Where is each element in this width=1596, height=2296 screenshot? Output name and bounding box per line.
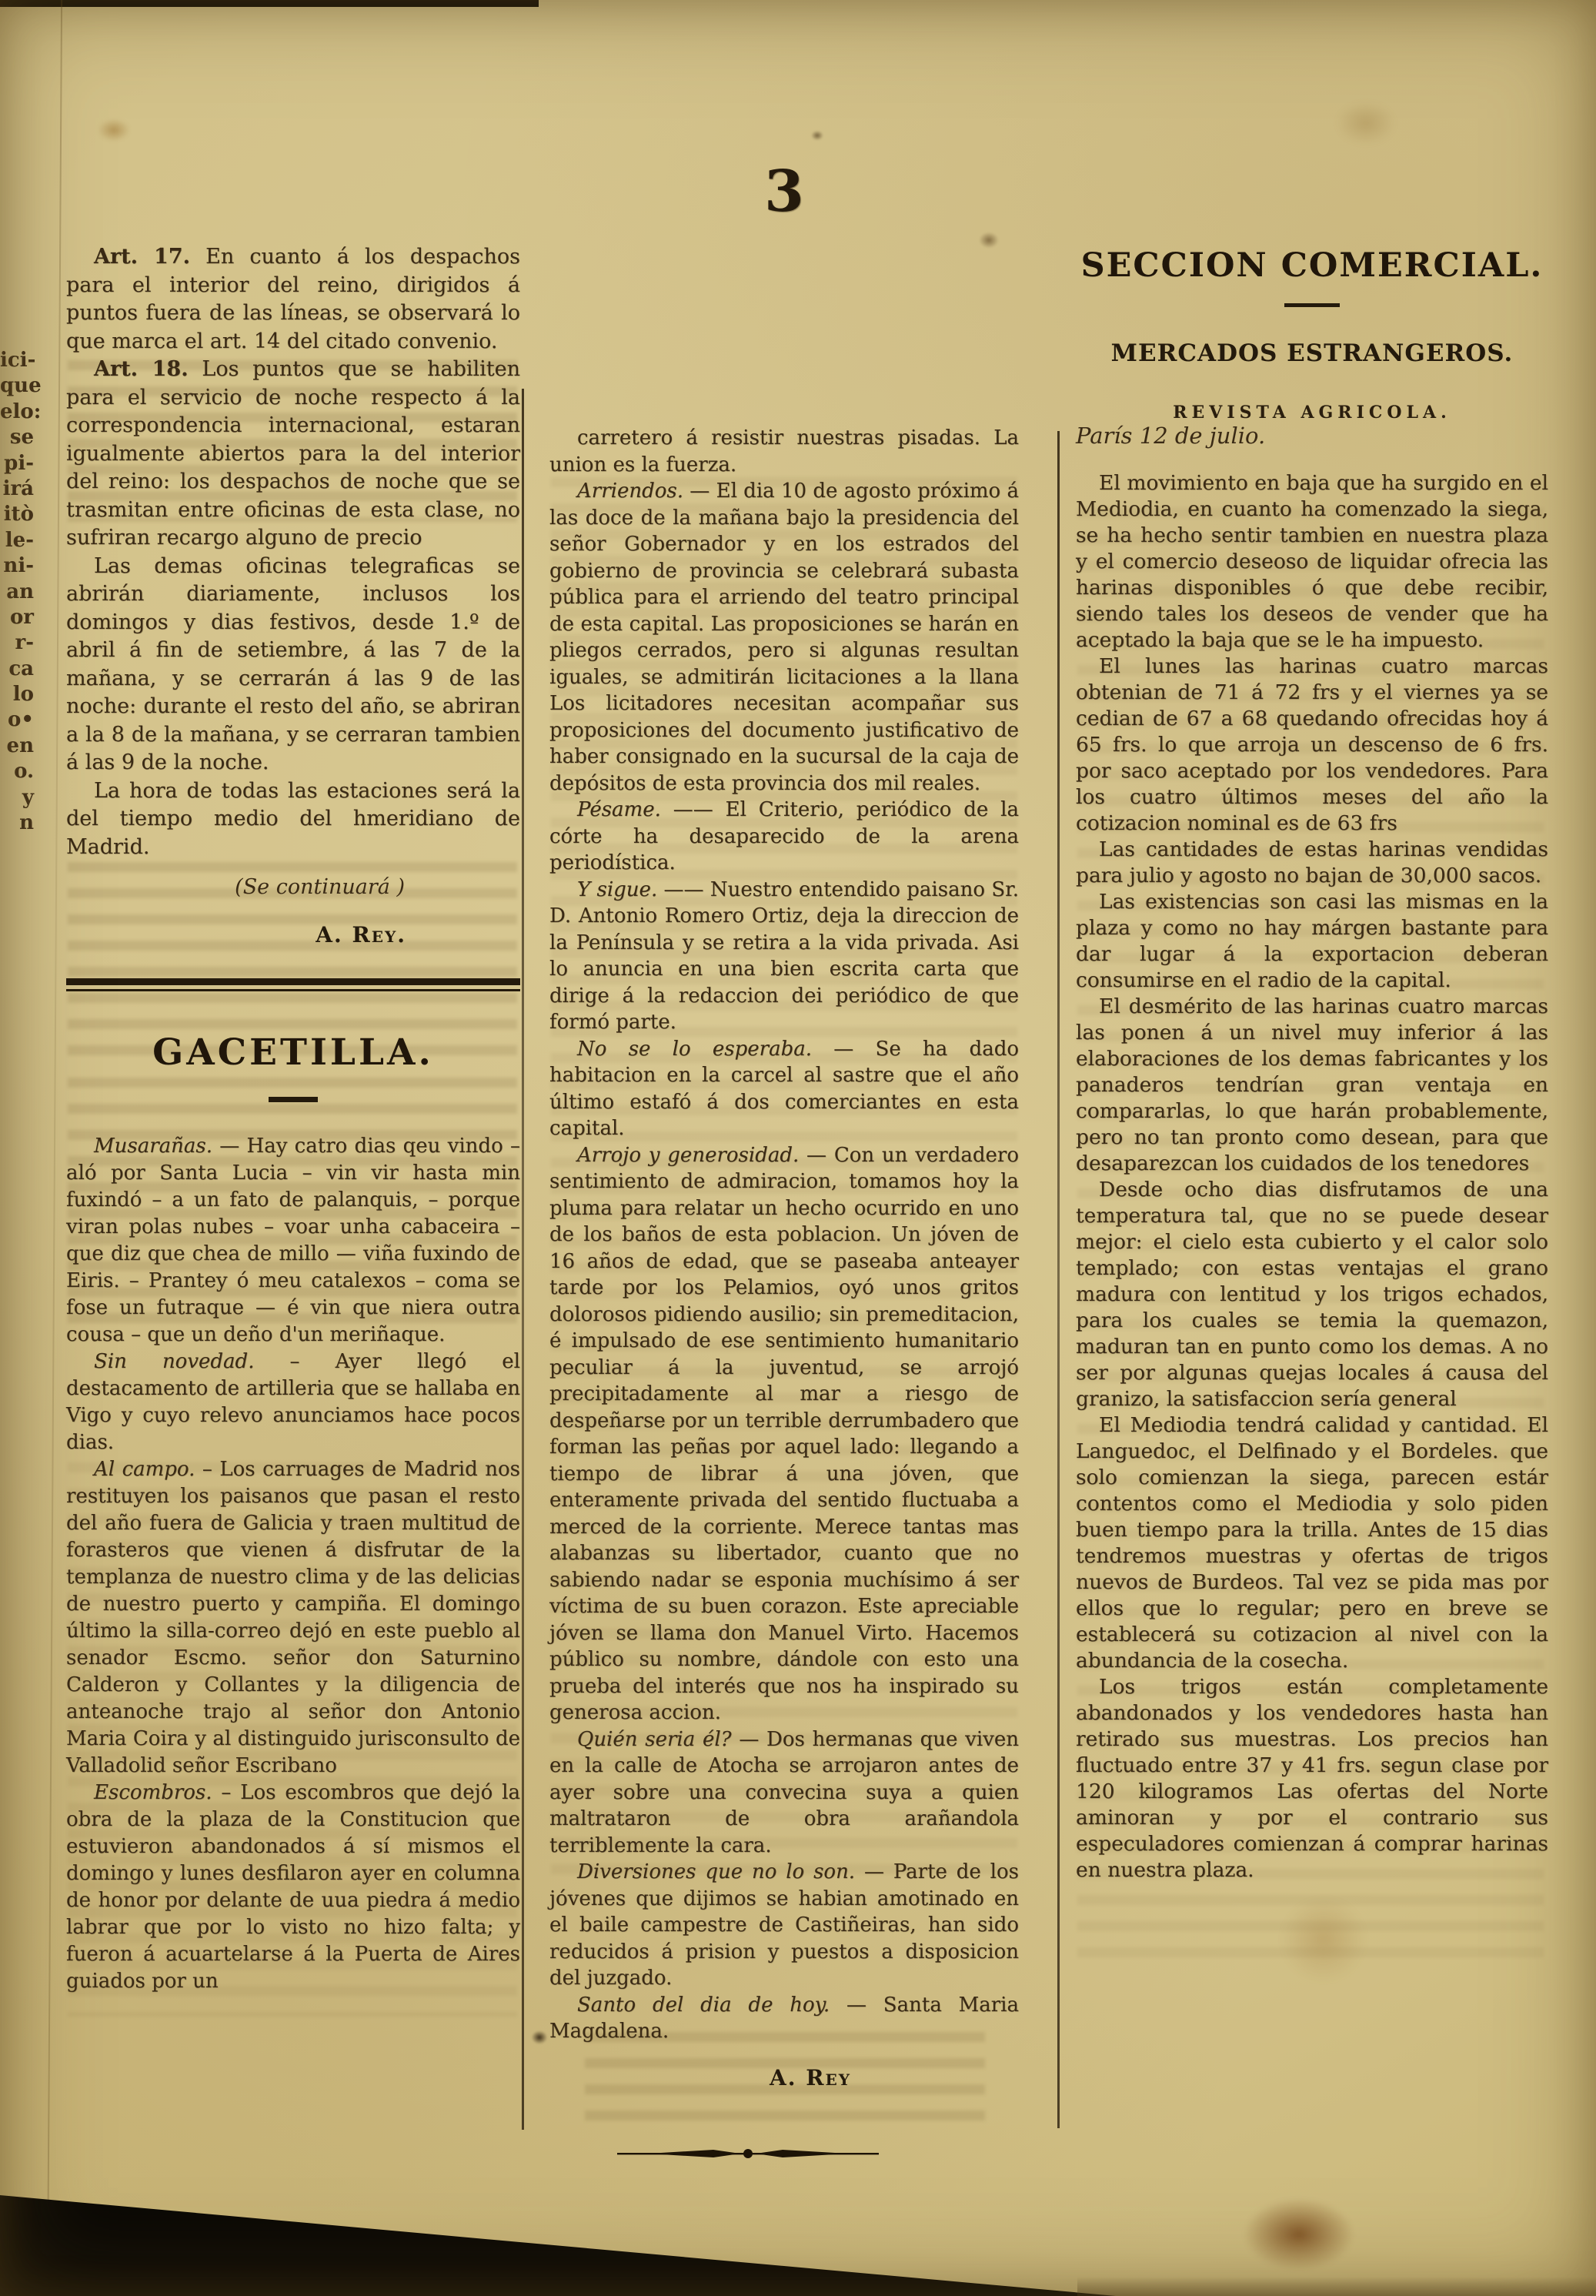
report-paragraph: El Mediodia tendrá calidad y cantidad. E… xyxy=(1076,1412,1548,1674)
edge-fragment: ici- xyxy=(0,348,34,373)
section-divider-ornament xyxy=(617,2147,879,2163)
article-lead: Art. 18. xyxy=(94,357,189,381)
edge-fragment: o. xyxy=(0,759,34,784)
edge-fragment: elo: xyxy=(0,399,34,425)
ink-stain xyxy=(1222,2184,1376,2284)
continuation-note: (Se continuará ) xyxy=(66,875,520,899)
news-item: Santo del dia de hoy. — Santa Maria Magd… xyxy=(549,1992,1019,2045)
news-item: carretero á resistir nuestras pisadas. L… xyxy=(549,425,1019,478)
news-item-lead: Quién seria él? xyxy=(577,1728,732,1751)
column-divider xyxy=(1057,431,1060,2128)
news-item-list: carretero á resistir nuestras pisadas. L… xyxy=(549,425,1019,2045)
article-paragraph: Art. 18. Los puntos que se habiliten par… xyxy=(66,356,520,553)
article-text: Los puntos que se habiliten para el serv… xyxy=(66,357,520,550)
report-paragraph: El movimiento en baja que ha surgido en … xyxy=(1076,470,1548,653)
news-item-text: — Con un verdadero sentimiento de admira… xyxy=(549,1144,1019,1725)
page-number: 3 xyxy=(549,159,1019,225)
swelled-rule-icon xyxy=(617,2147,879,2160)
news-item-text: — El dia 10 de agosto próximo á las doce… xyxy=(549,480,1019,795)
news-item: Pésame. —— El Criterio, periódico de la … xyxy=(549,797,1019,877)
edge-fragment: en xyxy=(0,734,34,759)
news-item: Escombros. – Los escombros que dejó la o… xyxy=(66,1780,520,1995)
column-divider xyxy=(522,389,524,2130)
news-item-text: – Los escombros que dejó la obra de la p… xyxy=(66,1781,520,1993)
markets-subtitle: MERCADOS ESTRANGEROS. xyxy=(1076,339,1548,367)
news-item-lead: Pésame. xyxy=(577,798,661,821)
news-item-lead: Y sigue. xyxy=(577,878,657,901)
edge-fragment: ca xyxy=(0,657,34,682)
news-item-lead: No se lo esperaba. xyxy=(577,1038,812,1061)
report-paragraph: El lunes las harinas cuatro marcas obten… xyxy=(1076,653,1548,837)
report-paragraph: El desmérito de las harinas cuatro marca… xyxy=(1076,994,1548,1177)
commercial-section-title: SECCION COMERCIAL. xyxy=(1076,246,1548,285)
report-paragraph: Desde ocho dias disfrutamos de una tempe… xyxy=(1076,1177,1548,1412)
news-item-lead: Sin novedad. xyxy=(94,1350,254,1373)
article-list: Art. 17. En cuanto á los despachos para … xyxy=(66,243,520,861)
report-paragraph: Los trigos están completamente abandonad… xyxy=(1076,1674,1548,1883)
edge-fragment: n xyxy=(0,810,34,836)
edge-fragment: le- xyxy=(0,528,34,553)
edge-fragment: lo xyxy=(0,682,34,707)
edge-fragment: o• xyxy=(0,707,34,733)
news-item-text: – Los carruages de Madrid nos restituyen… xyxy=(66,1458,520,1777)
news-item-lead: Escombros. xyxy=(94,1781,212,1804)
ink-speck xyxy=(976,229,1002,251)
agricultural-review-heading: REVISTA AGRICOLA. xyxy=(1076,403,1548,423)
news-item: Arriendos. — El dia 10 de agosto próximo… xyxy=(549,478,1019,797)
author-signature: A. Rey xyxy=(549,2065,1019,2090)
news-item: Al campo. – Los carruages de Madrid nos … xyxy=(66,1456,520,1780)
ink-speck xyxy=(810,129,825,142)
news-item: Musarañas. — Hay catro dias qeu vindo – … xyxy=(66,1133,520,1349)
edge-fragment: ni- xyxy=(0,553,34,579)
edge-fragment: irá xyxy=(0,476,34,502)
dateline: París 12 de julio. xyxy=(1076,423,1548,449)
article-lead: Art. 17. xyxy=(94,245,190,269)
article-paragraph: Art. 17. En cuanto á los despachos para … xyxy=(66,243,520,356)
edge-fragment: que xyxy=(0,373,34,399)
article-paragraph: La hora de todas las estaciones será la … xyxy=(66,777,520,862)
short-rule xyxy=(1284,303,1340,307)
gacetilla-section-title: GACETILLA. xyxy=(66,1031,520,1074)
paper-crease xyxy=(47,0,62,2296)
article-text: Las demas oficinas telegraficas se abrir… xyxy=(66,554,520,775)
news-item: Diversiones que no lo son. — Parte de lo… xyxy=(549,1859,1019,1992)
news-item-lead: Santo del dia de hoy. xyxy=(577,1994,830,2017)
news-item: Arrojo y generosidad. — Con un verdadero… xyxy=(549,1142,1019,1726)
report-paragraph: Las cantidades de estas harinas vendidas… xyxy=(1076,837,1548,889)
news-item: Quién seria él? — Dos hermanas que viven… xyxy=(549,1726,1019,1860)
news-item: Y sigue. —— Nuestro entendido paisano Sr… xyxy=(549,877,1019,1036)
right-column: SECCION COMERCIAL. MERCADOS ESTRANGEROS.… xyxy=(1076,246,1548,1883)
news-item-lead: Arrojo y generosidad. xyxy=(577,1144,799,1167)
market-report-body: El movimiento en baja que ha surgido en … xyxy=(1076,470,1548,1883)
short-rule xyxy=(269,1097,318,1102)
newspaper-page-scan: ici-queelo:sepi-iráitòle-ni-anorr-caloo•… xyxy=(0,0,1596,2296)
edge-fragment: itò xyxy=(0,502,34,527)
paper-stain xyxy=(91,114,137,146)
news-item-lead: Musarañas. xyxy=(94,1135,212,1158)
edge-fragment: r- xyxy=(0,630,34,656)
news-item-lead: Diversiones que no lo son. xyxy=(577,1860,855,1883)
news-item-text: carretero á resistir nuestras pisadas. L… xyxy=(549,426,1019,476)
author-signature: A. Rey. xyxy=(66,922,520,947)
scan-edge-top xyxy=(0,0,539,7)
paper-stain xyxy=(1324,92,1408,154)
edge-fragment: an xyxy=(0,580,34,605)
news-item-lead: Arriendos. xyxy=(577,480,683,503)
edge-fragment: se xyxy=(0,425,34,450)
news-item: Sin novedad. – Ayer llegó el destacament… xyxy=(66,1349,520,1456)
ink-speck xyxy=(529,2029,549,2046)
article-paragraph: Las demas oficinas telegraficas se abrir… xyxy=(66,553,520,777)
news-item: No se lo esperaba. — Se ha dado habitaci… xyxy=(549,1036,1019,1142)
edge-fragment: or xyxy=(0,605,34,630)
gacetilla-item-list: Musarañas. — Hay catro dias qeu vindo – … xyxy=(66,1133,520,1995)
left-edge-fragments: ici-queelo:sepi-iráitòle-ni-anorr-caloo•… xyxy=(0,348,34,836)
scan-edge-bottom xyxy=(0,2195,1116,2296)
left-column: Art. 17. En cuanto á los despachos para … xyxy=(66,243,520,1995)
report-paragraph: Las existencias son casi las mismas en l… xyxy=(1076,889,1548,994)
article-text: La hora de todas las estaciones será la … xyxy=(66,779,520,859)
edge-fragment: pi- xyxy=(0,451,34,476)
scan-edge-shadow xyxy=(1077,2277,1596,2296)
paper-stain xyxy=(1262,1878,1385,2001)
news-item-text: — Hay catro dias qeu vindo – aló por San… xyxy=(66,1135,520,1346)
edge-fragment: y xyxy=(0,785,34,810)
middle-column: carretero á resistir nuestras pisadas. L… xyxy=(549,425,1019,2163)
news-item-lead: Al campo. xyxy=(94,1458,195,1481)
double-rule xyxy=(66,978,520,991)
